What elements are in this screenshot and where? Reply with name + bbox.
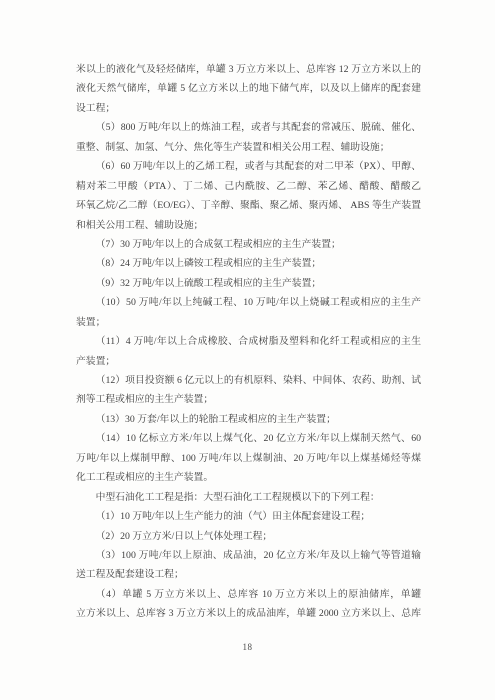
- text-line: 中型石油化工工程是指：大型石油化工工程规模以下的下列工程：: [76, 488, 421, 507]
- text-line: 精对苯二甲酸（PTA）、丁二烯、己内酰胺、乙二醇、苯乙烯、醋酸、醋酸乙烯、: [76, 177, 421, 196]
- text-line: （6）60 万吨/年以上的乙烯工程，或者与其配套的对二甲苯（PX）、甲醇、: [76, 157, 421, 176]
- text-line: 液化天然气储库，单罐 5 亿立方米以上的地下储气库，以及以上储库的配套建: [76, 79, 421, 98]
- text-line: （14）10 亿标立方米/年以上煤气化、20 亿立方米/年以上煤制天然气、60: [76, 429, 421, 448]
- text-line: 米以上的液化气及轻烃储库，单罐 3 万立方米以上、总库容 12 万立方米以上的: [76, 60, 421, 79]
- text-line: 重整、制氢、加氢、气分、焦化等生产装置和相关公用工程、辅助设施；: [76, 138, 421, 157]
- document-page: 米以上的液化气及轻烃储库，单罐 3 万立方米以上、总库容 12 万立方米以上的液…: [0, 0, 495, 700]
- text-line: （4）单罐 5 万立方米以上、总库容 10 万立方米以上的原油储库，单罐 500…: [76, 585, 421, 604]
- text-block: 米以上的液化气及轻烃储库，单罐 3 万立方米以上、总库容 12 万立方米以上的液…: [76, 60, 421, 624]
- text-line: 剂等工程或相应的主生产装置；: [76, 390, 421, 409]
- text-line: （3）100 万吨/年以上原油、成品油，20 亿立方米/年及以上输气等管道输: [76, 546, 421, 565]
- text-line: 万吨/年以上煤制甲醇、100 万吨/年以上煤制油、20 万吨/年以上煤基烯烃等煤: [76, 449, 421, 468]
- text-line: （12）项目投资额 6 亿元以上的有机原料、染料、中间体、农药、助剂、试: [76, 371, 421, 390]
- text-line: （13）30 万套/年以上的轮胎工程或相应的主生产装置；: [76, 410, 421, 429]
- text-line: 设工程；: [76, 99, 421, 118]
- text-line: （1）10 万吨/年以上生产能力的油（气）田主体配套建设工程；: [76, 507, 421, 526]
- page-number: 18: [0, 642, 495, 652]
- text-line: 和相关公用工程、辅助设施；: [76, 216, 421, 235]
- text-line: （7）30 万吨/年以上的合成氨工程或相应的主生产装置；: [76, 235, 421, 254]
- text-line: 产装置；: [76, 352, 421, 371]
- text-line: 环氧乙烷/乙二醇（EO/EG）、丁辛醇、聚酯、聚乙烯、聚丙烯、 ABS 等生产装…: [76, 196, 421, 215]
- text-line: 装置；: [76, 313, 421, 332]
- text-line: 化工工程或相应的主生产装置。: [76, 468, 421, 487]
- text-line: 立方米以上、总库容 3 万立方米以上的成品油库，单罐 2000 立方米以上、总库: [76, 604, 421, 623]
- text-line: （2）20 万立方米/日以上气体处理工程；: [76, 527, 421, 546]
- text-line: 送工程及配套建设工程；: [76, 565, 421, 584]
- text-line: （11）4 万吨/年以上合成橡胶、合成树脂及塑料和化纤工程或相应的主生: [76, 332, 421, 351]
- text-line: （5）800 万吨/年以上的炼油工程，或者与其配套的常减压、脱硫、催化、: [76, 118, 421, 137]
- text-line: （10）50 万吨/年以上纯碱工程、10 万吨/年以上烧碱工程或相应的主生产: [76, 293, 421, 312]
- text-line: （9）32 万吨/年以上硫酸工程或相应的主生产装置；: [76, 274, 421, 293]
- text-line: （8）24 万吨/年以上磷铵工程或相应的主生产装置；: [76, 254, 421, 273]
